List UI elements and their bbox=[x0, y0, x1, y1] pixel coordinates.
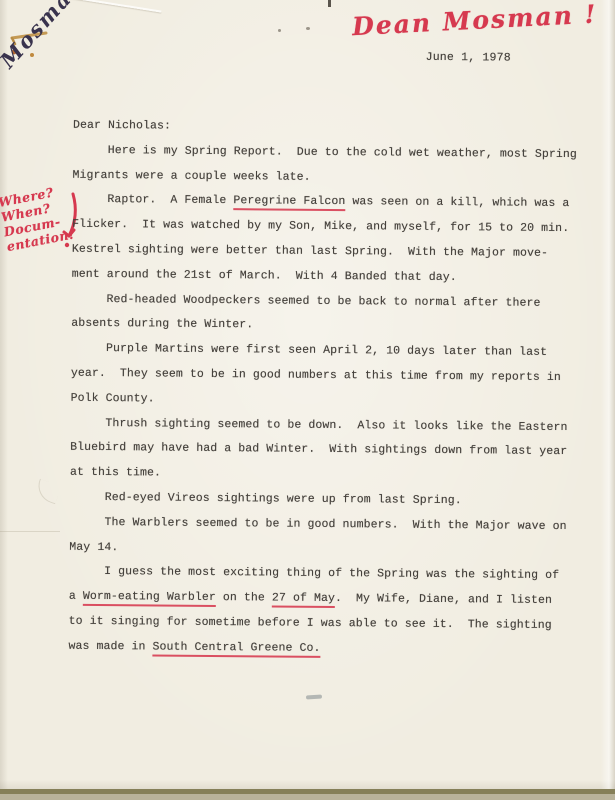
typed-text: year. They seem to be in good numbers at… bbox=[71, 367, 561, 384]
letter-date: June 1, 1978 bbox=[426, 51, 511, 65]
letter-paper: Mosman Dean Mosman ! Where? When? Docum-… bbox=[0, 0, 615, 790]
red-underlined-phrase: Peregrine Falcon bbox=[233, 195, 345, 212]
typed-content-layer: June 1, 1978 Dear Nicholas: Here is my S… bbox=[0, 0, 615, 800]
red-underlined-phrase: 27 of May bbox=[272, 592, 335, 609]
typed-text: Migrants were a couple weeks late. bbox=[73, 168, 311, 183]
typed-text: absents during the Winter. bbox=[71, 317, 253, 332]
typed-text: a bbox=[69, 590, 83, 603]
typed-text: was seen on a kill, which was a bbox=[345, 196, 569, 211]
typed-text: Dear Nicholas: bbox=[73, 119, 171, 133]
scanned-letter-page: { "page": { "paper_color": "#f1ede1", "i… bbox=[0, 0, 615, 800]
red-underlined-phrase: South Central Greene Co. bbox=[152, 640, 320, 657]
page-bottom-edge bbox=[0, 789, 615, 794]
typed-text: Polk County. bbox=[71, 391, 155, 405]
letter-body: Dear Nicholas: Here is my Spring Report.… bbox=[68, 114, 593, 664]
typed-text: I guess the most exciting thing of the S… bbox=[69, 565, 559, 582]
typed-text: Red-headed Woodpeckers seemed to be back… bbox=[71, 292, 540, 309]
typed-text: Thrush sighting seemed to be down. Also … bbox=[70, 416, 567, 433]
typed-text: Bluebird may have had a bad Winter. With… bbox=[70, 441, 567, 458]
typed-text: Flicker. It was watched by my Son, Mike,… bbox=[72, 218, 569, 235]
typed-text: on the bbox=[216, 591, 272, 604]
typed-text: to it singing for sometime before I was … bbox=[69, 615, 552, 632]
typed-text: Kestrel sighting were better than last S… bbox=[72, 243, 548, 260]
typed-text: Purple Martins were first seen April 2, … bbox=[71, 342, 547, 359]
typed-line: The Warblers seemed to be in good number… bbox=[69, 510, 589, 539]
typed-text: at this time. bbox=[70, 466, 161, 480]
typed-line: was made in South Central Greene Co. bbox=[68, 634, 588, 663]
typed-text: was made in bbox=[68, 639, 152, 653]
red-underlined-phrase: Worm-eating Warbler bbox=[83, 590, 216, 607]
typed-text: Red-eyed Vireos sightings were up from l… bbox=[70, 491, 462, 507]
typed-text: ment around the 21st of March. With 4 Ba… bbox=[72, 268, 457, 284]
typed-text: Here is my Spring Report. Due to the col… bbox=[73, 144, 577, 161]
typed-text: Raptor. A Female bbox=[72, 193, 233, 207]
typed-text: The Warblers seemed to be in good number… bbox=[69, 515, 566, 532]
typed-text: May 14. bbox=[69, 540, 118, 553]
typed-text: . My Wife, Diane, and I listen bbox=[335, 592, 552, 607]
